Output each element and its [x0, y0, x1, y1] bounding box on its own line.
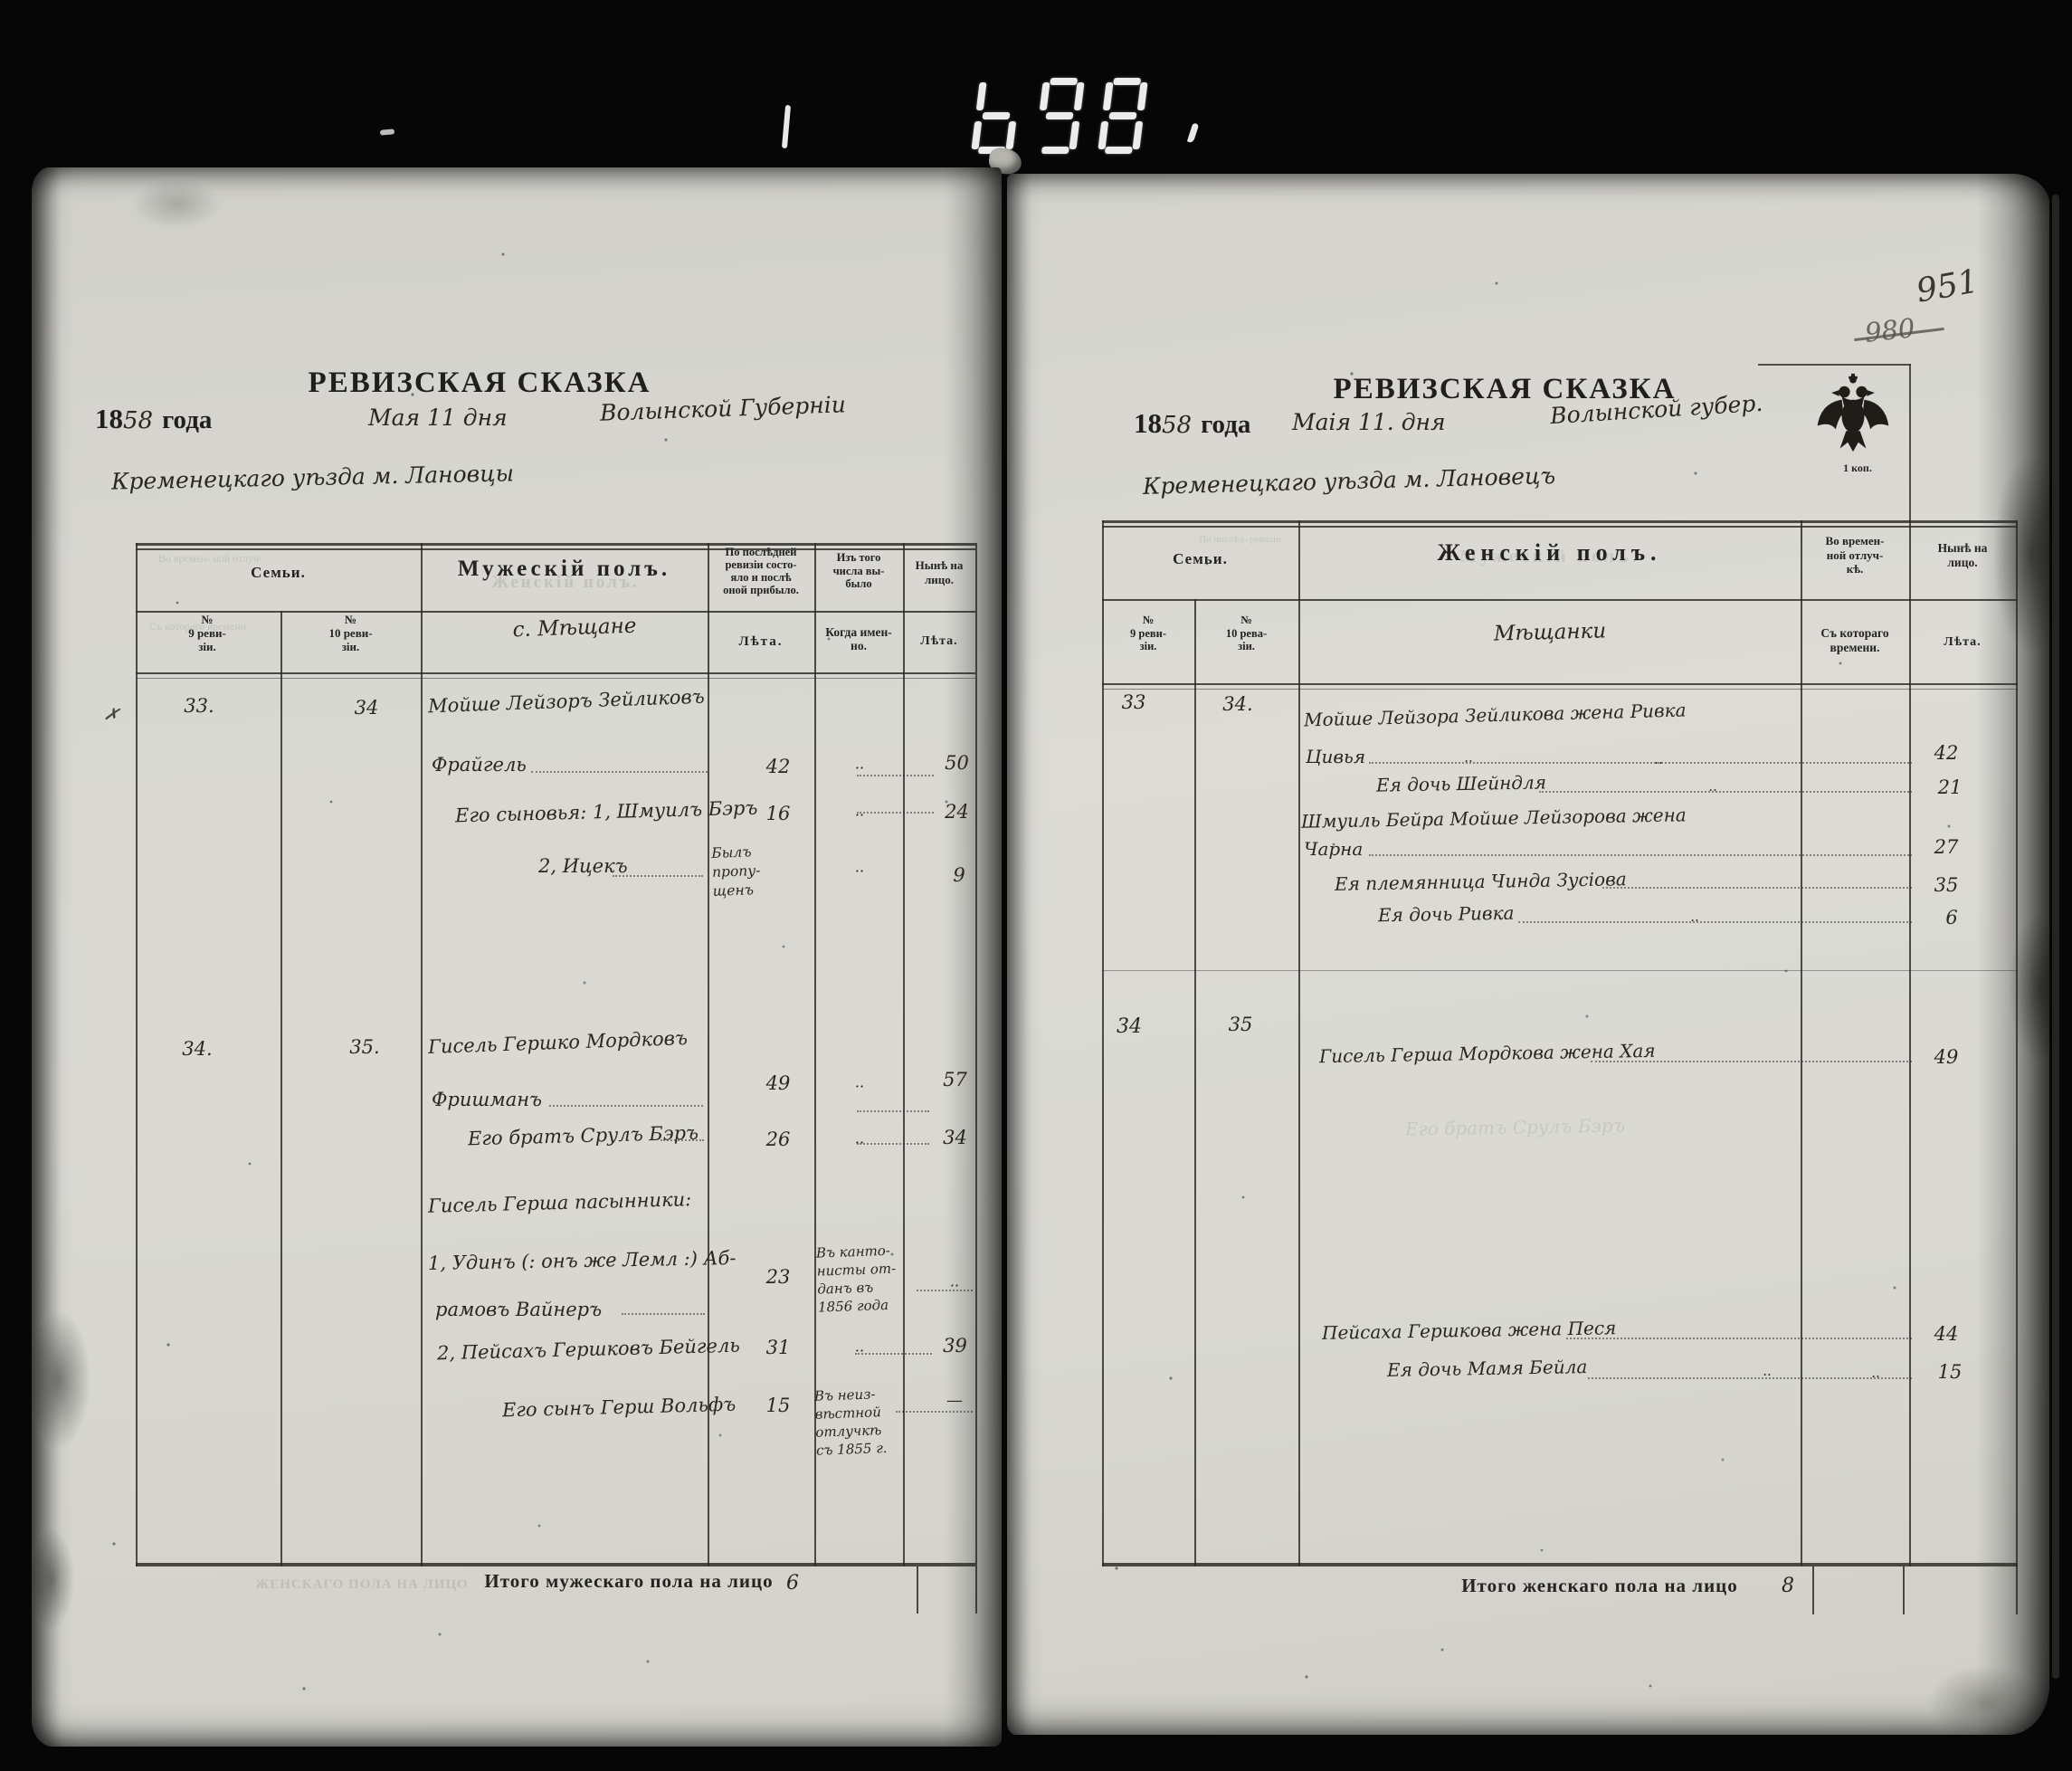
table-line	[1102, 683, 2018, 685]
total-label: Итого мужескаго пола на лицо	[457, 1570, 801, 1593]
table-line	[975, 543, 977, 1566]
col-years: Лѣта.	[710, 634, 812, 650]
age-now: 9	[936, 864, 982, 886]
ditto-mark: ··	[1677, 912, 1713, 928]
table-line	[136, 678, 975, 679]
page-title: РЕВИЗСКАЯ СКАЗКА	[226, 367, 733, 400]
age-last-revision: 23	[751, 1266, 805, 1288]
table-line	[421, 543, 423, 1566]
year-handwritten: 58	[123, 407, 153, 434]
table-line	[1102, 689, 2018, 690]
entry-name: Ея дочь Ривка	[1378, 902, 1515, 927]
ditto-mark: ··	[841, 1342, 878, 1359]
age-last-revision: 49	[751, 1072, 805, 1094]
scan-artifact	[782, 105, 791, 148]
col-temporary-absence: Во времен- ной отлуч- кѣ.	[1803, 534, 1906, 576]
age-last-revision: 16	[751, 803, 805, 824]
scan-artifact	[380, 129, 394, 135]
table-line	[136, 543, 975, 546]
ditto-mark: ··	[1749, 1366, 1785, 1383]
bleed-text: Его братъ Срулъ Бэръ	[1405, 1111, 1785, 1139]
entry-name: Фрайгель	[432, 754, 527, 776]
district-handwritten: Кременецкаго уѣзда м. Лановецъ	[1143, 462, 1556, 500]
table-line	[1102, 526, 2018, 528]
year-printed: 18	[95, 403, 123, 434]
age-last-revision: 26	[751, 1128, 805, 1150]
table-line	[917, 1566, 918, 1614]
table-line	[1102, 520, 1104, 1566]
age-now: 57	[930, 1069, 980, 1090]
paper-speckles	[32, 167, 33, 169]
age-last-revision: 15	[751, 1395, 805, 1416]
right-page: РЕВИЗСКАЯ СКАЗКА 1858года Маія 11. дня В…	[1007, 174, 2049, 1735]
table-line	[2016, 1566, 2018, 1614]
table-line	[2016, 520, 2018, 1566]
leader-line	[1518, 921, 1912, 923]
leader-line	[613, 875, 703, 877]
dash-mark: —	[927, 1391, 982, 1410]
family-no-rev9: 33.	[167, 695, 231, 717]
stamp-denomination: 1 коп.	[1821, 462, 1894, 475]
age-now: 50	[932, 752, 982, 774]
stamp-frame	[1758, 364, 1911, 366]
entry-name: Гисель Герша Мордкова жена Хая	[1319, 1040, 1656, 1067]
age-now: 27	[1919, 836, 1973, 858]
entry-name: Шмуиль Бейра Мойше Лейзорова жена	[1301, 804, 1687, 832]
entry-name: Его братъ Срулъ Бэръ	[468, 1122, 699, 1150]
counter-digit	[1034, 78, 1085, 154]
family-no-rev10: 34	[335, 697, 398, 719]
age-last-revision: 42	[751, 756, 805, 777]
ditto-mark: ··	[1450, 753, 1487, 769]
table-line	[136, 672, 975, 674]
ditto-mark: ··	[841, 759, 878, 776]
entry-name: Чарна	[1304, 838, 1363, 860]
date-handwritten: Мая 11 дня	[368, 405, 508, 431]
year-handwritten: 58	[1162, 412, 1192, 439]
frame-counter	[971, 78, 1148, 154]
paper-speckles	[1007, 174, 1009, 176]
col-revision10: № 10 рева- зіи.	[1194, 614, 1298, 653]
entry-name: Пейсаха Гершкова жена Песя	[1322, 1317, 1617, 1344]
age-now: 49	[1919, 1046, 1973, 1068]
entry-name: Его сынъ Герш Вольфъ	[502, 1394, 737, 1422]
age-now: 35	[1919, 874, 1973, 896]
entry-name: Фришманъ	[432, 1089, 542, 1110]
age-now: 39	[930, 1335, 980, 1357]
note-absent: Въ неиз- вѣстной отлучкѣ съ 1855 г.	[814, 1384, 908, 1459]
pen-mark: ✗	[102, 702, 121, 727]
col-departed: Изъ того числа вы- было	[817, 551, 900, 591]
imperial-eagle-stamp	[1808, 371, 1898, 458]
goda-label: года	[1201, 410, 1250, 439]
entry-name: Мойше Лейзоръ Зейликовъ	[428, 686, 705, 718]
table-line	[1102, 520, 2018, 523]
ditto-mark: ··	[1695, 782, 1731, 798]
table-line	[1812, 1566, 1814, 1614]
table-line	[1102, 1563, 2018, 1566]
leader-line	[1591, 1061, 1912, 1062]
ditto-mark: ··	[841, 1134, 878, 1151]
entry-name: Мойше Лейзора Зейликова жена Ривка	[1304, 699, 1687, 730]
leader-line	[549, 1105, 703, 1107]
col-revision10: № 10 реви- зіи.	[282, 613, 419, 653]
ditto-mark: ··	[841, 862, 878, 880]
entry-name: Ея дочь Шейндля	[1376, 771, 1546, 795]
page-number-crossed: 980	[1863, 312, 1916, 348]
date-line: 1858года	[1134, 407, 1250, 440]
entry-name: Гисель Гершко Мордковъ	[428, 1027, 689, 1058]
total-value: 8	[1765, 1575, 1811, 1597]
table-line	[975, 1566, 977, 1614]
table-line	[1903, 1566, 1905, 1614]
date-line: 1858года	[95, 403, 212, 435]
left-page: РЕВИЗСКАЯ СКАЗКА 1858года Мая 11 дня Вол…	[32, 167, 1002, 1747]
family-no-rev10: 34.	[1211, 693, 1265, 715]
family-no-rev10: 35.	[333, 1036, 396, 1058]
family-separator-line	[1102, 970, 2018, 971]
age-now: 21	[1923, 776, 1977, 798]
age-now: 15	[1923, 1361, 1977, 1383]
total-label: Итого женскаго пола на лицо	[1432, 1575, 1767, 1597]
leader-line	[1566, 1338, 1912, 1339]
scan-artifact	[1187, 122, 1199, 143]
entry-name: 1, Удинъ (: онъ же Лемл :) Аб-	[428, 1247, 737, 1274]
ditto-mark: ··	[1640, 755, 1677, 771]
col-female-sex: Женскій полъ.	[1298, 539, 1801, 567]
leader-line	[917, 1290, 973, 1291]
year-printed: 18	[1134, 407, 1162, 439]
bleed-text: По послѣд- ревизіи	[1199, 534, 1298, 545]
family-no-rev9: 34.	[166, 1038, 229, 1060]
entry-name: 2, Пейсахъ Гершковъ Бейгель	[437, 1335, 740, 1365]
note-conscripted: Въ канто- нисты от- данъ въ 1856 года	[816, 1241, 905, 1316]
table-line	[1298, 520, 1300, 1566]
entry-name: Цивья	[1306, 746, 1365, 767]
table-line	[1194, 599, 1196, 1566]
age-now: 44	[1919, 1323, 1973, 1345]
table-line	[136, 543, 138, 1566]
book-edge	[2052, 195, 2059, 1679]
entry-name: Ея племянница Чинда Зусіова	[1335, 868, 1627, 895]
age-now: 24	[932, 801, 982, 823]
table-line	[1102, 599, 2018, 601]
table-line	[136, 1563, 975, 1566]
ditto-mark: ··	[841, 806, 878, 824]
leader-line	[896, 1411, 973, 1413]
counter-digit	[971, 78, 1022, 154]
leader-line	[857, 1110, 929, 1112]
entry-name: рамовъ Вайнеръ	[435, 1299, 602, 1320]
col-male-sex: Мужескій полъ.	[421, 557, 708, 582]
note-omitted: Былъ пропу- щенъ	[711, 841, 808, 901]
table-line	[1909, 520, 1911, 1566]
date-handwritten: Маія 11. дня	[1292, 409, 1446, 435]
family-no-rev10: 35	[1213, 1014, 1268, 1035]
col-since-when: Съ котораго времени.	[1803, 626, 1906, 655]
table-line	[1801, 520, 1802, 1566]
leader-line	[661, 1139, 704, 1141]
settlement-handwritten: с. Мѣщане	[443, 612, 707, 644]
table-line	[280, 611, 282, 1566]
counter-digit	[1098, 78, 1148, 154]
col-when: Когда имен- но.	[817, 625, 900, 652]
col-revision9: № 9 реви- зіи.	[136, 613, 279, 653]
ditto-mark: ··	[932, 1277, 977, 1294]
stamp-frame	[1909, 364, 1911, 522]
family-no-rev9: 34	[1102, 1015, 1156, 1038]
ditto-mark: ··	[841, 1078, 878, 1095]
goda-label: года	[162, 405, 212, 434]
family-no-rev9: 33	[1107, 691, 1161, 713]
district-handwritten: Кременецкаго уѣзда м. Лановцы	[111, 460, 515, 494]
entry-name: Его сыновья: 1, Шмуилъ Бэръ	[455, 797, 758, 827]
entry-label: Гисель Герша пасынники:	[428, 1188, 692, 1217]
age-now: 34	[930, 1127, 980, 1148]
age-now: 42	[1919, 742, 1973, 764]
leader-line	[622, 1313, 705, 1315]
leader-line	[1602, 887, 1912, 889]
col-years: Лѣта.	[1912, 635, 2013, 650]
col-family: Семьи.	[1102, 550, 1298, 568]
table-line	[136, 548, 975, 550]
settlement-handwritten: Мѣщанки	[1414, 617, 1687, 648]
col-family: Семьи.	[136, 564, 421, 582]
col-revision9: № 9 реви- зіи.	[1102, 614, 1194, 653]
ditto-mark: ··	[1858, 1368, 1894, 1385]
page-number: 951	[1914, 262, 1982, 309]
entry-name: Ея дочь Мамя Бейла	[1387, 1356, 1588, 1381]
col-last-revision: По послѣдней ревизіи состо- яло и послѣ …	[710, 546, 812, 596]
age-now: 6	[1925, 907, 1979, 928]
leader-line	[1369, 854, 1912, 856]
col-years2: Лѣта.	[906, 634, 973, 649]
total-value: 6	[770, 1572, 815, 1595]
entry-name: 2, Ицекъ	[538, 855, 628, 877]
leader-line	[531, 771, 708, 773]
col-now-present: Нынѣ на лицо.	[906, 558, 973, 587]
col-now-present: Нынѣ на лицо.	[1912, 541, 2013, 570]
age-last-revision: 31	[751, 1337, 805, 1358]
